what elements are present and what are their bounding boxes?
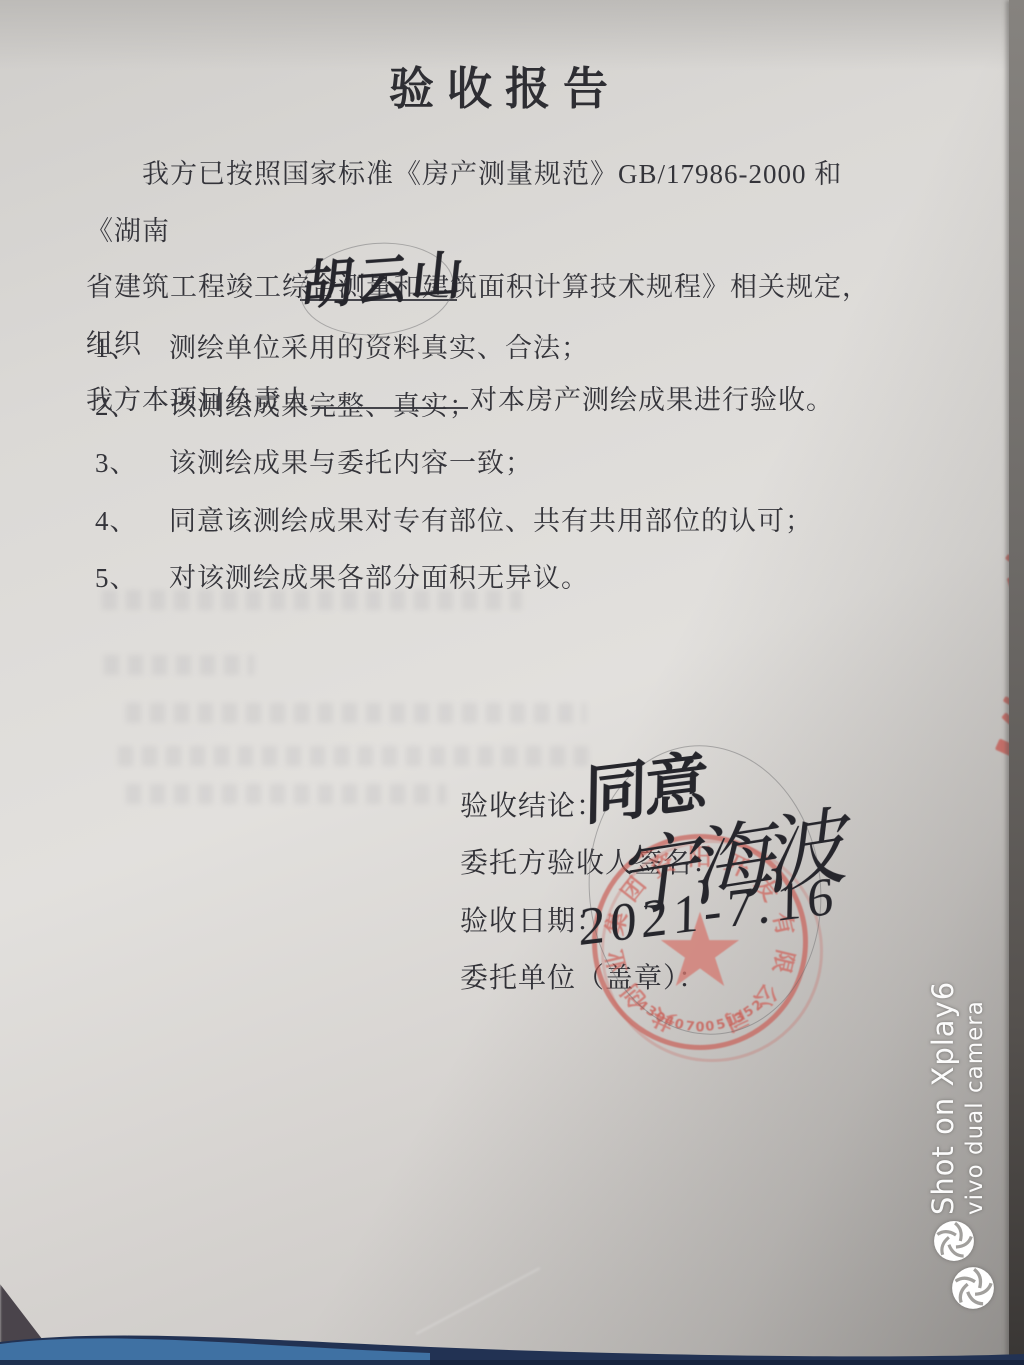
page-title: 验收报告 — [0, 52, 1010, 117]
list-item-number: 5、 — [95, 550, 169, 608]
intro-line-1: 我方已按照国家标准《房产测量规范》GB/17986-2000 和《湖南 — [86, 146, 886, 259]
acceptance-report: 验收报告 我方已按照国家标准《房产测量规范》GB/17986-2000 和《湖南… — [0, 0, 1024, 1365]
blue-folder-edge — [0, 1320, 1024, 1365]
aperture-icon — [933, 1220, 975, 1262]
list-item: 5、对该测绘成果各部分面积无异议。 — [95, 550, 813, 608]
watermark-line1: Shot on Xplay6 — [926, 913, 960, 1215]
handwritten-responsible-name: 胡云山 — [298, 232, 471, 319]
list-item: 3、该测绘成果与委托内容一致； — [95, 435, 813, 493]
camera-watermark: Shot on Xplay6 vivo dual camera — [926, 913, 988, 1215]
list-item-text: 该测绘成果与委托内容一致； — [169, 448, 533, 478]
list-item-number: 1、 — [95, 320, 169, 378]
conclusion-list: 1、测绘单位采用的资料真实、合法； 2、该测绘成果完整、真实； 3、该测绘成果与… — [95, 320, 813, 608]
aperture-icon — [951, 1266, 995, 1310]
watermark-line2: vivo dual camera — [962, 913, 988, 1215]
list-item-text: 测绘单位采用的资料真实、合法； — [169, 333, 589, 363]
list-item-text: 对该测绘成果各部分面积无异议。 — [169, 563, 589, 593]
list-item-text: 同意该测绘成果对专有部位、共有共用部位的认可； — [169, 506, 813, 536]
photo-of-document: 验收报告 我方已按照国家标准《房产测量规范》GB/17986-2000 和《湖南… — [0, 0, 1024, 1365]
list-item: 2、该测绘成果完整、真实； — [95, 378, 813, 436]
list-item-number: 4、 — [95, 493, 169, 551]
list-item-number: 3、 — [95, 435, 169, 493]
list-item: 1、测绘单位采用的资料真实、合法； — [95, 320, 813, 378]
photo-background-edge — [1009, 0, 1024, 1365]
list-item-number: 2、 — [95, 378, 169, 436]
list-item-text: 该测绘成果完整、真实； — [169, 391, 477, 421]
list-item: 4、同意该测绘成果对专有部位、共有共用部位的认可； — [95, 493, 813, 551]
